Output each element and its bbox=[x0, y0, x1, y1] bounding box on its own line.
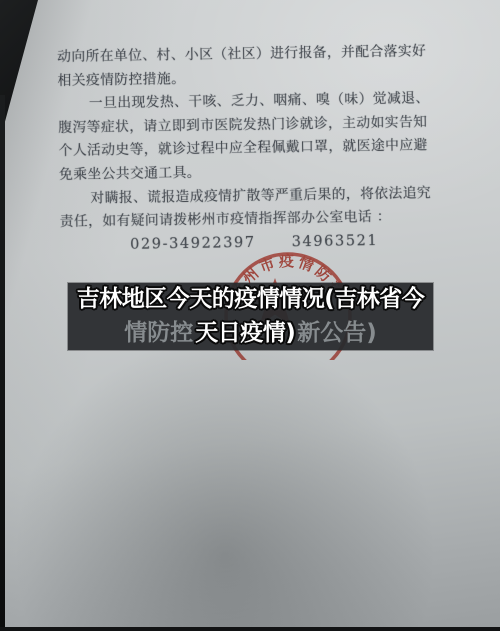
document-photo: 动向所在单位、村、小区（社区）进行报备，并配合落实好 相关疫情防控措施。 一旦出… bbox=[0, 0, 500, 631]
headline-ghost-left: 情防控 bbox=[124, 314, 193, 347]
document-body: 动向所在单位、村、小区（社区）进行报备，并配合落实好 相关疫情防控措施。 一旦出… bbox=[57, 40, 434, 258]
photo-left-edge bbox=[0, 95, 5, 631]
headline-overlay: 吉林地区今天的疫情情况(吉林省今 情防控 天日疫情) 新公告) bbox=[68, 283, 433, 350]
headline-line-1: 吉林地区今天的疫情情况(吉林省今 bbox=[77, 285, 425, 314]
photo-bottom-edge bbox=[0, 627, 500, 631]
headline-line-2: 天日疫情) bbox=[195, 319, 295, 348]
headline-ghost-right: 新公告) bbox=[297, 314, 377, 347]
